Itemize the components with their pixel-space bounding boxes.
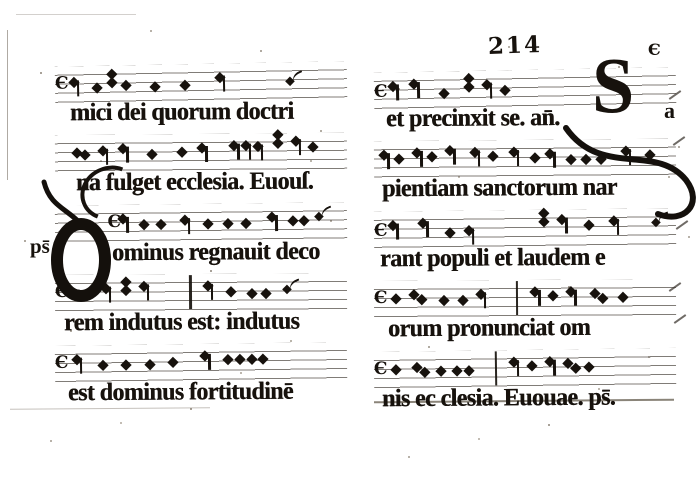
right-page: 214 Є Є et precinxit se. an̄. pientiam s…: [368, 28, 692, 442]
division-bar: [516, 281, 519, 315]
punctum-neume: [428, 153, 436, 161]
c-clef: Є: [374, 293, 388, 303]
punctum-neume: [122, 81, 130, 89]
punctum-neume: [236, 355, 244, 363]
punctum-neume: [395, 155, 403, 163]
punctum-neume: [148, 150, 156, 158]
page-edge: [16, 14, 136, 15]
division-bar: [189, 275, 192, 309]
chant-text-line: est dominus fortitudinē: [68, 376, 293, 409]
virga-neume: [510, 148, 518, 156]
custos: [315, 213, 323, 221]
c-clef: Є: [374, 87, 388, 97]
chant-system: Є orum pronunciat om: [368, 280, 692, 350]
punctum-neume: [531, 154, 539, 162]
punctum-neume: [459, 296, 467, 304]
virga-neume: [446, 147, 454, 155]
virga-neume: [119, 145, 127, 153]
punctum-neume: [452, 367, 460, 375]
c-clef: Є: [55, 358, 69, 368]
punctum-neume: [145, 361, 153, 369]
clivis-neume: [410, 291, 418, 299]
punctum-neume: [501, 86, 509, 94]
chant-text-line: nis ec clesia. Euouae. ps̄.: [382, 382, 615, 415]
division-bar: [495, 351, 498, 385]
chant-text-line: et precinxit se. an̄.: [386, 102, 560, 134]
chant-text-line: rem indutus est: indutus: [64, 306, 299, 339]
podatus-neume: [107, 79, 115, 87]
punctum-neume: [99, 361, 107, 369]
virga-neume: [465, 227, 473, 235]
punctum-neume: [224, 220, 232, 228]
punctum-neume: [204, 220, 212, 228]
punctum-neume: [122, 361, 130, 369]
punctum-neume: [528, 362, 536, 370]
clivis-neume: [413, 363, 421, 371]
chant-text-line: orum pronunciat om: [388, 312, 590, 345]
podatus-neume: [122, 286, 130, 294]
punctum-neume: [465, 367, 473, 375]
punctum-neume: [224, 356, 232, 364]
punctum-neume: [289, 217, 297, 225]
punctum-neume: [93, 84, 101, 92]
virga-neume: [567, 288, 575, 296]
chant-text-line: ominus regnauit deco: [112, 236, 320, 269]
punctum-neume: [440, 89, 448, 97]
chant-system: na fulget ecclesia. Euouſ.: [10, 134, 350, 204]
punctum-neume: [440, 297, 448, 305]
punctum-neume: [300, 217, 308, 225]
virga-neume: [253, 142, 261, 150]
punctum-neume: [392, 295, 400, 303]
virga-neume: [477, 290, 485, 298]
punctum-neume: [81, 151, 89, 159]
punctum-neume: [259, 355, 267, 363]
virga-neume: [140, 282, 148, 290]
punctum-neume: [549, 292, 557, 300]
virga-neume: [99, 147, 107, 155]
virga-neume: [389, 222, 397, 230]
punctum-neume: [151, 83, 159, 91]
chant-system: Є est dominus fortitudinē: [10, 344, 350, 414]
virga-neume: [201, 352, 209, 360]
initial-letter-D: D: [46, 198, 116, 302]
punctum-neume: [248, 355, 256, 363]
clivis-neume: [564, 359, 572, 367]
page-edge: [7, 30, 8, 180]
custos: [286, 77, 294, 85]
c-clef: Є: [374, 364, 388, 374]
punctum-neume: [262, 290, 270, 298]
chant-text-line: mici dei quorum doctri: [70, 96, 294, 129]
virga-neume: [230, 142, 238, 150]
clivis-neume: [591, 289, 599, 297]
c-clef: Є: [55, 79, 69, 89]
punctum-neume: [446, 229, 454, 237]
punctum-neume: [437, 367, 445, 375]
custos: [283, 285, 291, 293]
punctum-neume: [227, 288, 235, 296]
virga-neume: [471, 148, 479, 156]
virga-neume: [380, 151, 388, 159]
virga-neume: [72, 356, 80, 364]
virga-neume: [204, 282, 212, 290]
initial-swash-tail: [546, 108, 700, 258]
chant-system: Є mici dei quorum doctri: [10, 64, 350, 134]
virga-neume: [215, 74, 223, 82]
virga-neume: [546, 358, 554, 366]
virga-neume: [389, 82, 397, 90]
virga-neume: [419, 219, 427, 227]
c-clef: Є: [374, 226, 388, 236]
punctum-neume: [309, 143, 317, 151]
punctum-neume: [140, 221, 148, 229]
virga-neume: [413, 149, 421, 157]
punctum-neume: [619, 293, 627, 301]
podatus-neume: [274, 139, 282, 147]
punctum-neume: [392, 366, 400, 374]
punctum-neume: [248, 290, 256, 298]
virga-neume: [410, 80, 418, 88]
folio-number: 214: [488, 31, 543, 60]
chant-system: Є nis ec clesia. Euouae. ps̄.: [368, 350, 692, 420]
virga-neume: [198, 144, 206, 152]
punctum-neume: [242, 219, 250, 227]
left-page: Є mici dei quorum doctri na fulget eccle…: [10, 12, 350, 448]
punctum-neume: [585, 363, 593, 371]
punctum-neume: [169, 358, 177, 366]
punctum-neume: [157, 220, 165, 228]
virga-neume: [180, 216, 188, 224]
punctum-neume: [178, 148, 186, 156]
virga-neume: [483, 81, 491, 89]
virga-neume: [531, 288, 539, 296]
virga-neume: [69, 78, 77, 86]
initial-letter-drawing: [46, 198, 116, 302]
virga-neume: [242, 142, 250, 150]
punctum-neume: [489, 152, 497, 160]
punctum-neume: [181, 81, 189, 89]
initial-following-letter: a: [664, 98, 675, 124]
virga-neume: [510, 358, 518, 366]
virga-neume: [291, 137, 299, 145]
podatus-neume: [464, 83, 472, 91]
manuscript-scan: Є mici dei quorum doctri na fulget eccle…: [0, 0, 700, 498]
virga-neume: [268, 213, 276, 221]
initial-letter-S: S: [592, 50, 692, 180]
